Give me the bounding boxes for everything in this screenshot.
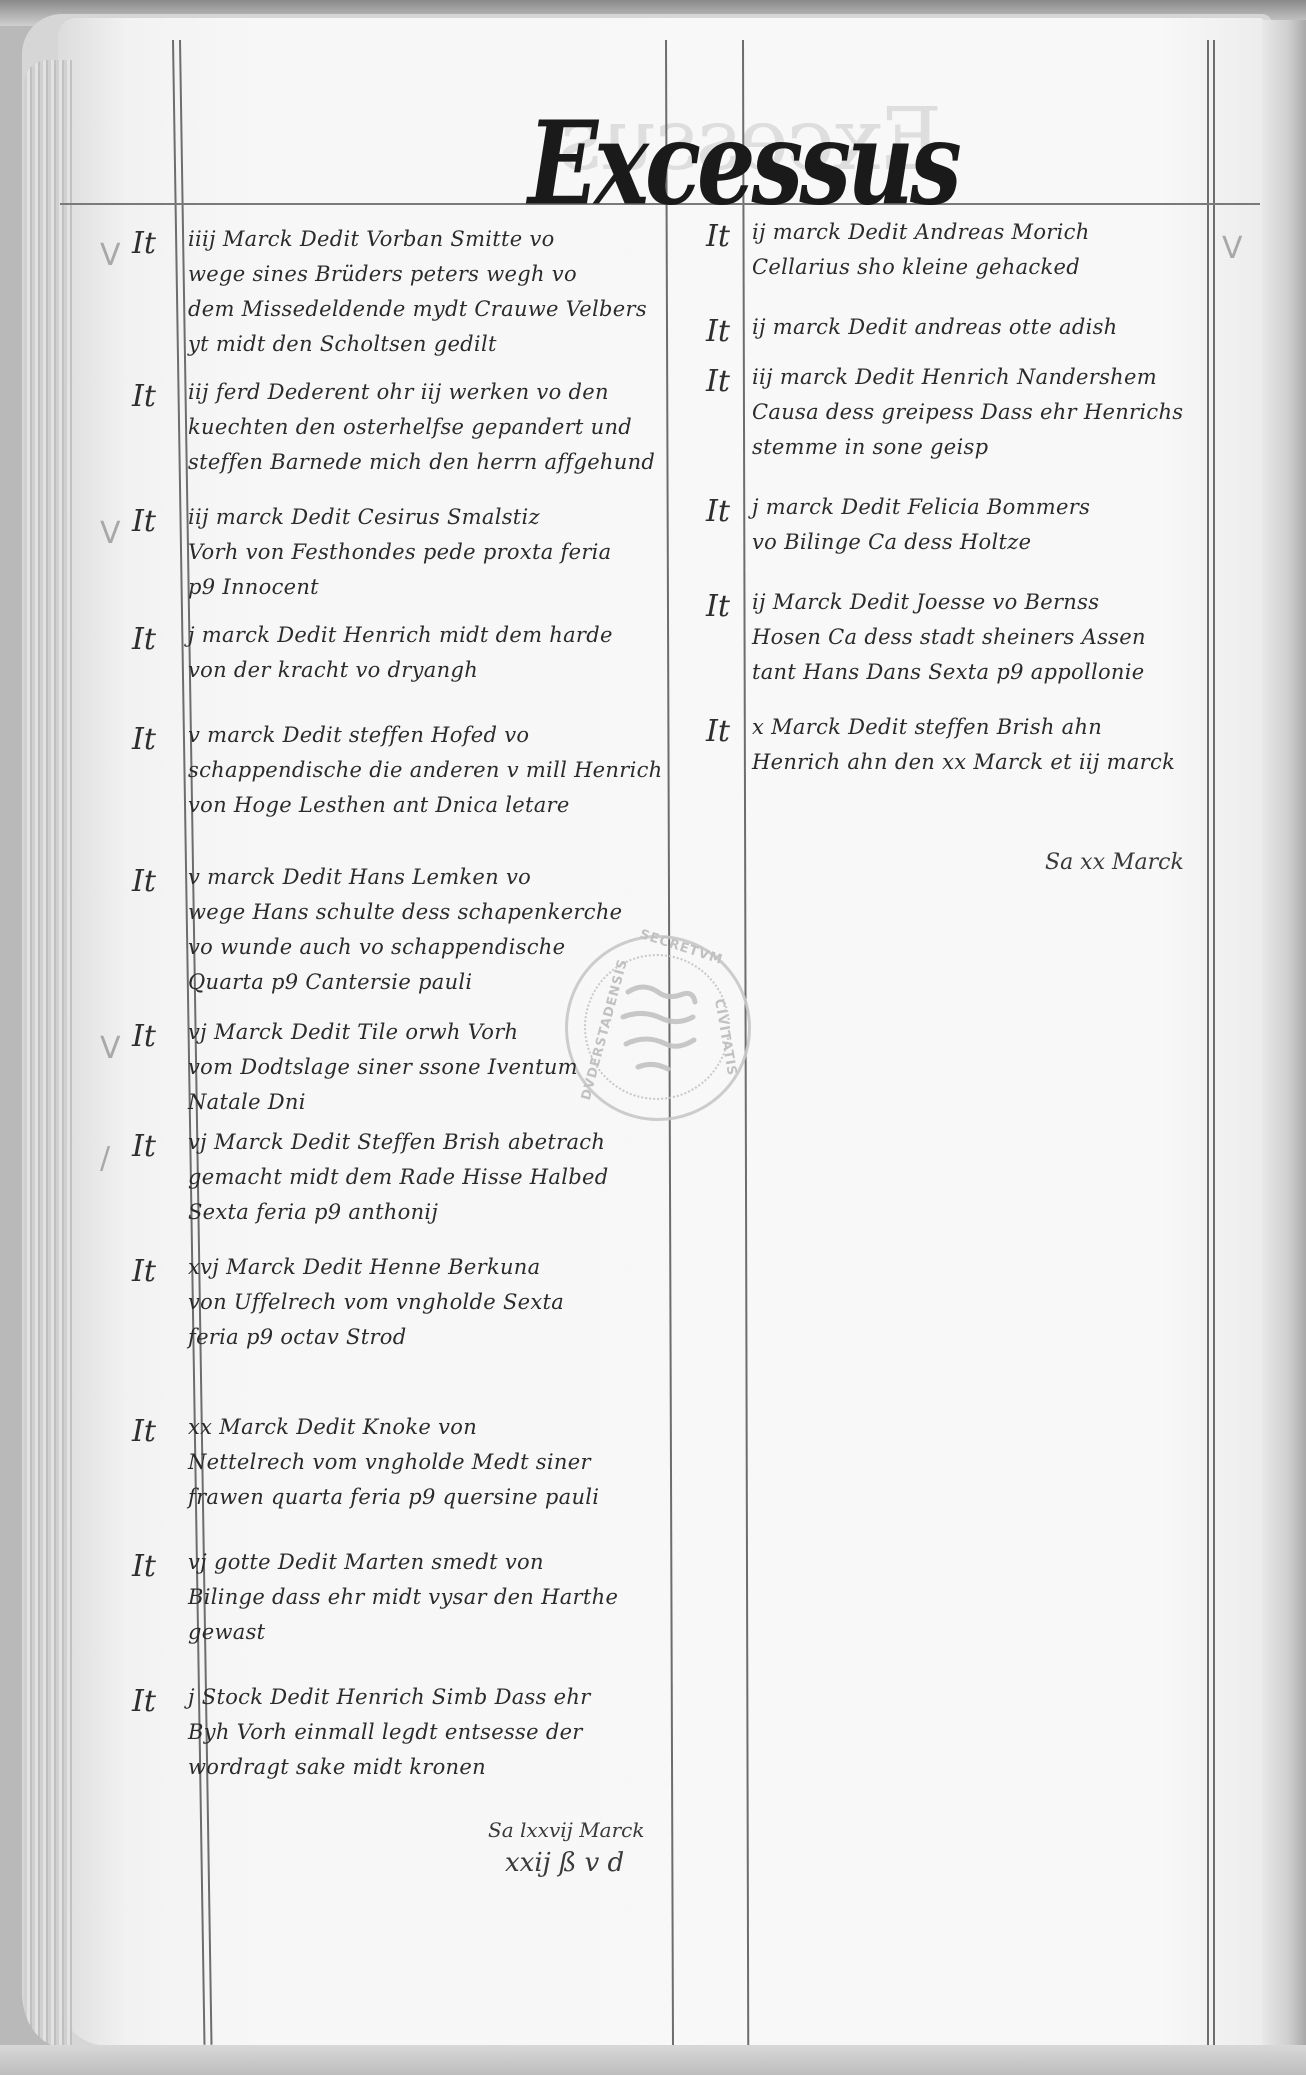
entry-line: tant Hans Dans Sexta p9 appollonie xyxy=(752,655,1146,690)
entry-line: Vorh von Festhondes pede proxta feria xyxy=(188,535,612,570)
entry-line: iij marck Dedit Cesirus Smalstiz xyxy=(188,500,612,535)
entry-line: vj gotte Dedit Marten smedt von xyxy=(188,1545,618,1580)
entry-line: Nettelrech vom vngholde Medt siner xyxy=(188,1445,599,1480)
ledger-entry: vj Marck Dedit Steffen Brish abetrachgem… xyxy=(188,1125,608,1230)
ledger-entry: ij Marck Dedit Joesse vo BernssHosen Ca … xyxy=(752,585,1146,690)
entry-line: vo wunde auch vo schappendische xyxy=(188,930,622,965)
entry-line: vom Dodtslage siner ssone Iventum xyxy=(188,1050,578,1085)
entry-line: j Stock Dedit Henrich Simb Dass ehr xyxy=(188,1680,591,1715)
ledger-entry: iij marck Dedit Henrich NandershemCausa … xyxy=(752,360,1183,465)
entry-line: Cellarius sho kleine gehacked xyxy=(752,250,1090,285)
page-title: Excessus xyxy=(528,96,958,231)
checkmark-icon: / xyxy=(100,1141,110,1176)
rule-right-1 xyxy=(1207,40,1209,2045)
entry-line: v marck Dedit steffen Hofed vo xyxy=(188,718,662,753)
entry-line: xx Marck Dedit Knoke von xyxy=(188,1410,599,1445)
margin-item-mark: It xyxy=(706,714,730,749)
margin-item-mark: It xyxy=(706,589,730,624)
margin-item-mark: It xyxy=(132,722,156,757)
checkmark-icon: V xyxy=(100,238,121,273)
margin-item-mark: It xyxy=(706,494,730,529)
entry-line: wege Hans schulte dess schapenkerche xyxy=(188,895,622,930)
margin-item-mark: It xyxy=(132,1129,156,1164)
entry-line: j marck Dedit Henrich midt dem harde xyxy=(188,618,613,653)
margin-item-mark: It xyxy=(132,1019,156,1054)
entry-line: Causa dess greipess Dass ehr Henrichs xyxy=(752,395,1183,430)
entry-line: Hosen Ca dess stadt sheiners Assen xyxy=(752,620,1146,655)
ledger-entry: j marck Dedit Felicia Bommersvo Bilinge … xyxy=(752,490,1090,560)
entry-line: xvj Marck Dedit Henne Berkuna xyxy=(188,1250,564,1285)
entry-line: vj Marck Dedit Tile orwh Vorh xyxy=(188,1015,578,1050)
margin-item-mark: It xyxy=(132,226,156,261)
margin-item-mark: It xyxy=(132,504,156,539)
entry-line: gemacht midt dem Rade Hisse Halbed xyxy=(188,1160,608,1195)
ledger-entry: x Marck Dedit steffen Brish ahnHenrich a… xyxy=(752,710,1175,780)
entry-line: Byh Vorh einmall legdt entsesse der xyxy=(188,1715,591,1750)
entry-line: Bilinge dass ehr midt vysar den Harthe xyxy=(188,1580,618,1615)
margin-item-mark: It xyxy=(132,379,156,414)
entry-line: steffen Barnede mich den herrn affgehund xyxy=(188,445,655,480)
entry-line: j marck Dedit Felicia Bommers xyxy=(752,490,1090,525)
margin-item-mark: It xyxy=(132,1414,156,1449)
ledger-entry: j Stock Dedit Henrich Simb Dass ehrByh V… xyxy=(188,1680,591,1785)
entry-line: ij marck Dedit andreas otte adish xyxy=(752,310,1118,345)
entry-line: v marck Dedit Hans Lemken vo xyxy=(188,860,622,895)
entry-line: yt midt den Scholtsen gedilt xyxy=(188,327,647,362)
entry-line: iiij Marck Dedit Vorban Smitte vo xyxy=(188,222,647,257)
checkmark-icon: V xyxy=(1222,231,1243,266)
entry-line: Sexta feria p9 anthonij xyxy=(188,1195,608,1230)
entry-line: von der kracht vo dryangh xyxy=(188,653,613,688)
rule-right-2 xyxy=(1213,40,1215,2045)
entry-line: vo Bilinge Ca dess Holtze xyxy=(752,525,1090,560)
scan-bottom-shadow xyxy=(0,2045,1306,2075)
ledger-entry: ij marck Dedit andreas otte adish xyxy=(752,310,1118,345)
entry-line: stemme in sone geisp xyxy=(752,430,1183,465)
entry-line: gewast xyxy=(188,1615,618,1650)
facing-page-strip xyxy=(1262,20,1306,2055)
margin-item-mark: It xyxy=(706,314,730,349)
entry-line: ij marck Dedit Andreas Morich xyxy=(752,215,1090,250)
entry-line: feria p9 octav Strod xyxy=(188,1320,564,1355)
ledger-entry: v marck Dedit steffen Hofed voschappendi… xyxy=(188,718,662,823)
ledger-entry: j marck Dedit Henrich midt dem hardevon … xyxy=(188,618,613,688)
entry-line: x Marck Dedit steffen Brish ahn xyxy=(752,710,1175,745)
ledger-entry: iiij Marck Dedit Vorban Smitte vowege si… xyxy=(188,222,647,362)
left-total-line2: xxij ß v d xyxy=(505,1848,624,1878)
entry-line: dem Missedeldende mydt Crauwe Velbers xyxy=(188,292,647,327)
ledger-entry: vj gotte Dedit Marten smedt vonBilinge d… xyxy=(188,1545,618,1650)
entry-line: von Hoge Lesthen ant Dnica letare xyxy=(188,788,662,823)
page-stack-edge xyxy=(24,60,72,2050)
margin-item-mark: It xyxy=(132,622,156,657)
checkmark-icon: V xyxy=(100,1031,121,1066)
entry-line: schappendische die anderen v mill Henric… xyxy=(188,753,662,788)
entry-line: iij ferd Dederent ohr iij werken vo den xyxy=(188,375,655,410)
margin-item-mark: It xyxy=(132,1254,156,1289)
ledger-entry: iij marck Dedit Cesirus SmalstizVorh von… xyxy=(188,500,612,605)
ledger-entry: v marck Dedit Hans Lemken vowege Hans sc… xyxy=(188,860,622,1000)
margin-item-mark: It xyxy=(706,219,730,254)
entry-line: vj Marck Dedit Steffen Brish abetrach xyxy=(188,1125,608,1160)
margin-item-mark: It xyxy=(132,1549,156,1584)
ledger-entry: xx Marck Dedit Knoke vonNettelrech vom v… xyxy=(188,1410,599,1515)
entry-line: Quarta p9 Cantersie pauli xyxy=(188,965,622,1000)
ledger-entry: ij marck Dedit Andreas MorichCellarius s… xyxy=(752,215,1090,285)
entry-line: ij Marck Dedit Joesse vo Bernss xyxy=(752,585,1146,620)
ledger-entry: xvj Marck Dedit Henne Berkunavon Uffelre… xyxy=(188,1250,564,1355)
right-total: Sa xx Marck xyxy=(1045,850,1184,875)
entry-line: p9 Innocent xyxy=(188,570,612,605)
margin-item-mark: It xyxy=(132,864,156,899)
entry-line: kuechten den osterhelfse gepandert und xyxy=(188,410,655,445)
left-total-line1: Sa lxxvij Marck xyxy=(488,1818,644,1842)
ledger-entry: vj Marck Dedit Tile orwh Vorhvom Dodtsla… xyxy=(188,1015,578,1120)
entry-line: wordragt sake midt kronen xyxy=(188,1750,591,1785)
ledger-entry: iij ferd Dederent ohr iij werken vo denk… xyxy=(188,375,655,480)
entry-line: iij marck Dedit Henrich Nandershem xyxy=(752,360,1183,395)
entry-line: Natale Dni xyxy=(188,1085,578,1120)
margin-item-mark: It xyxy=(706,364,730,399)
checkmark-icon: V xyxy=(100,516,121,551)
entry-line: Henrich ahn den xx Marck et iij marck xyxy=(752,745,1175,780)
entry-line: wege sines Brüders peters wegh vo xyxy=(188,257,647,292)
entry-line: frawen quarta feria p9 quersine pauli xyxy=(188,1480,599,1515)
entry-line: von Uffelrech vom vngholde Sexta xyxy=(188,1285,564,1320)
margin-item-mark: It xyxy=(132,1684,156,1719)
